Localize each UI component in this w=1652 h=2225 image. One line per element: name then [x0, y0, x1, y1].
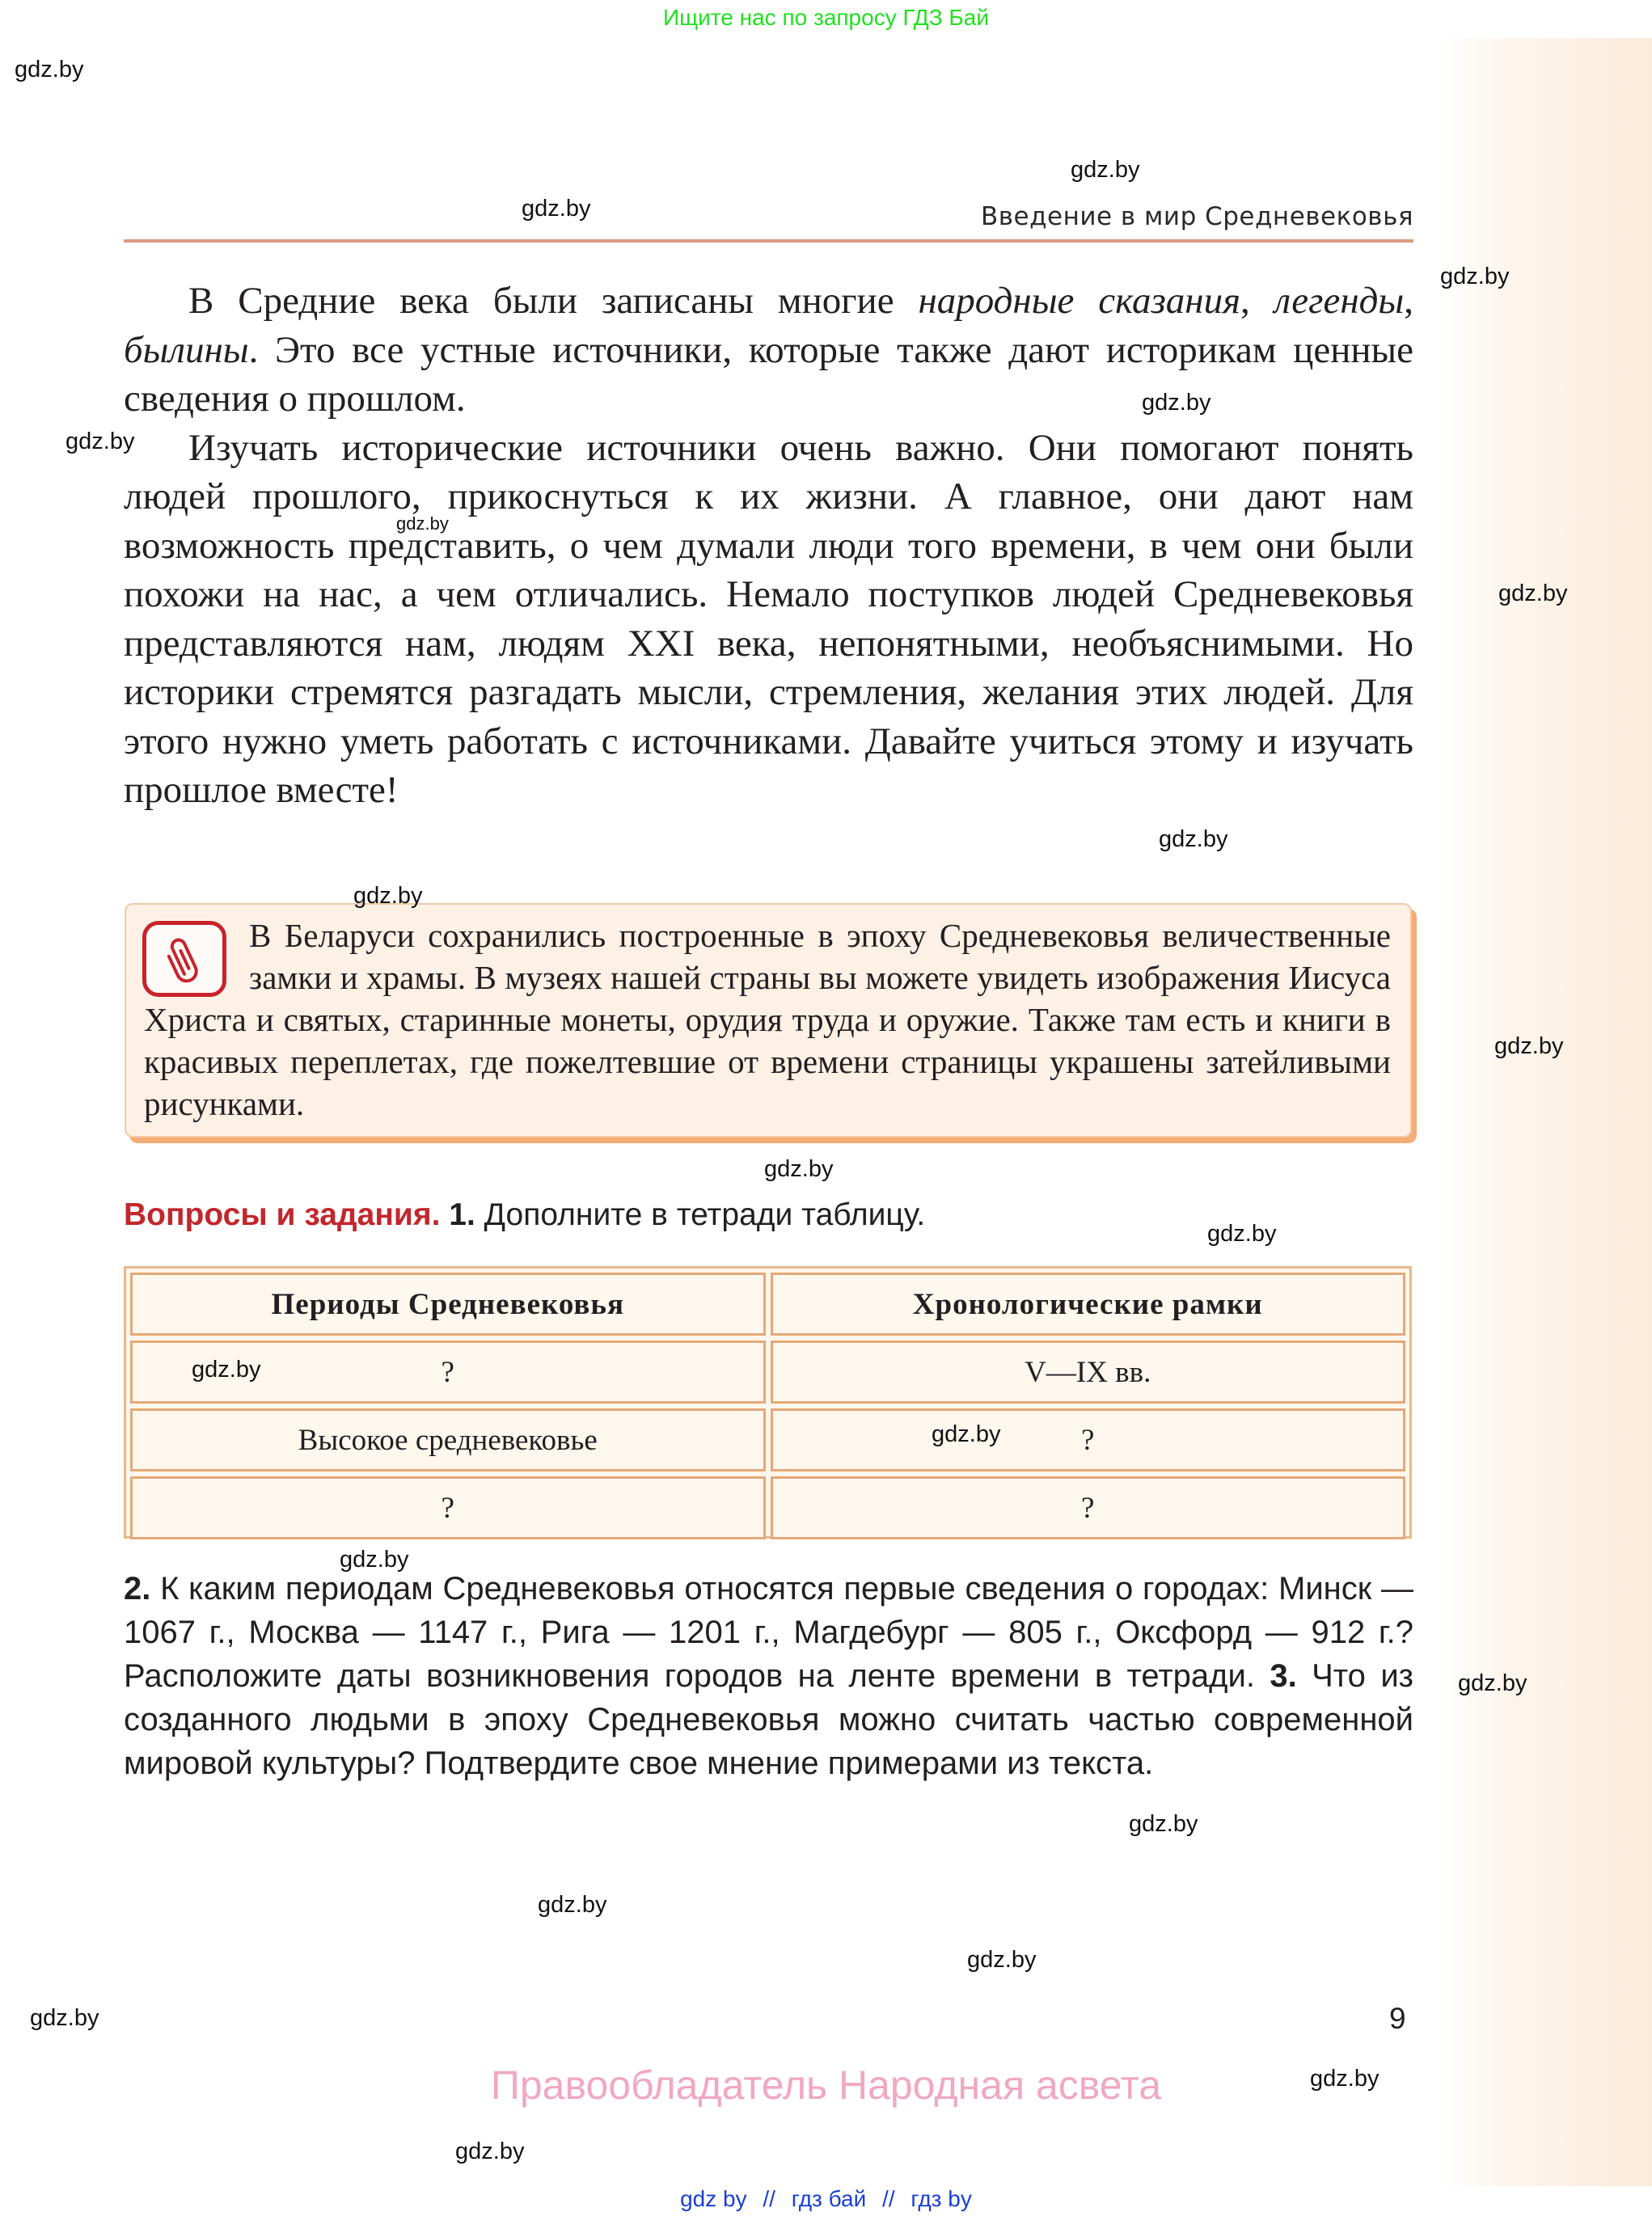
- watermark: gdz.by: [1142, 390, 1210, 416]
- watermark: gdz.by: [340, 1547, 408, 1573]
- watermark: gdz.by: [1494, 1033, 1563, 1060]
- running-head: Введение в мир Средневековья: [889, 202, 1413, 231]
- note-text: В Беларуси сохранились построенные в эпо…: [144, 914, 1391, 1125]
- watermark: gdz.by: [932, 1421, 1000, 1448]
- watermark: gdz.by: [455, 2138, 524, 2165]
- watermark: gdz.by: [30, 2005, 99, 2032]
- tasks-text: 2. К каким периодам Средневековья относя…: [124, 1567, 1413, 1785]
- watermark: gdz.by: [1310, 2066, 1379, 2092]
- header-rule: [124, 239, 1413, 243]
- footer-link-gdz-by[interactable]: gdz by: [680, 2186, 747, 2211]
- watermark: gdz.by: [1071, 157, 1139, 184]
- paragraph-2: Изучать исторические источники очень важ…: [124, 424, 1413, 815]
- watermark: gdz.by: [1498, 581, 1567, 607]
- watermark: gdz.by: [353, 883, 422, 910]
- table-cell: ?: [130, 1476, 766, 1539]
- watermark: gdz.by: [967, 1947, 1036, 1974]
- page-edge-strip: [1436, 38, 1652, 2186]
- watermark: gdz.by: [1159, 826, 1227, 853]
- watermark: gdz.by: [1207, 1221, 1276, 1248]
- table-cell: Высокое средневековье: [130, 1408, 766, 1471]
- watermark: gdz.by: [1129, 1811, 1198, 1838]
- page-number: 9: [1389, 2002, 1406, 2036]
- questions-title: Вопросы и задания.: [124, 1197, 440, 1232]
- info-note-box: В Беларуси сохранились построенные в эпо…: [125, 903, 1412, 1138]
- copyright-notice: Правообладатель Народная асвета: [0, 2062, 1652, 2109]
- table-header: Хронологические рамки: [771, 1273, 1406, 1336]
- questions-heading: Вопросы и задания. 1. Дополните в тетрад…: [124, 1197, 1256, 1233]
- periods-table: Периоды Средневековья Хронологические ра…: [124, 1266, 1412, 1539]
- paragraph-1: В Средние века были записаны многие наро…: [124, 277, 1413, 424]
- footer-links: gdz by // гдз бай // гдз by: [0, 2186, 1652, 2212]
- table-cell: ?: [771, 1408, 1406, 1471]
- watermark: gdz.by: [1440, 264, 1509, 290]
- footer-link-gdz-by-cyr[interactable]: гдз by: [911, 2186, 971, 2211]
- table-header: Периоды Средневековья: [130, 1273, 766, 1336]
- watermark: gdz.by: [522, 196, 590, 222]
- watermark: gdz.by: [192, 1357, 260, 1383]
- watermark: gdz.by: [764, 1156, 833, 1183]
- footer-link-gdz-bai[interactable]: гдз бай: [792, 2186, 867, 2211]
- watermark: gdz.by: [65, 429, 134, 455]
- watermark: gdz.by: [538, 1892, 606, 1919]
- main-body-text: В Средние века были записаны многие наро…: [124, 277, 1413, 815]
- watermark: gdz.by: [396, 513, 449, 534]
- watermark: gdz.by: [1458, 1670, 1527, 1697]
- watermark: gdz.by: [15, 57, 83, 83]
- table-cell: V—IX вв.: [771, 1340, 1406, 1404]
- table-cell: ?: [771, 1476, 1406, 1539]
- top-banner: Ищите нас по запросу ГДЗ Бай: [0, 5, 1652, 31]
